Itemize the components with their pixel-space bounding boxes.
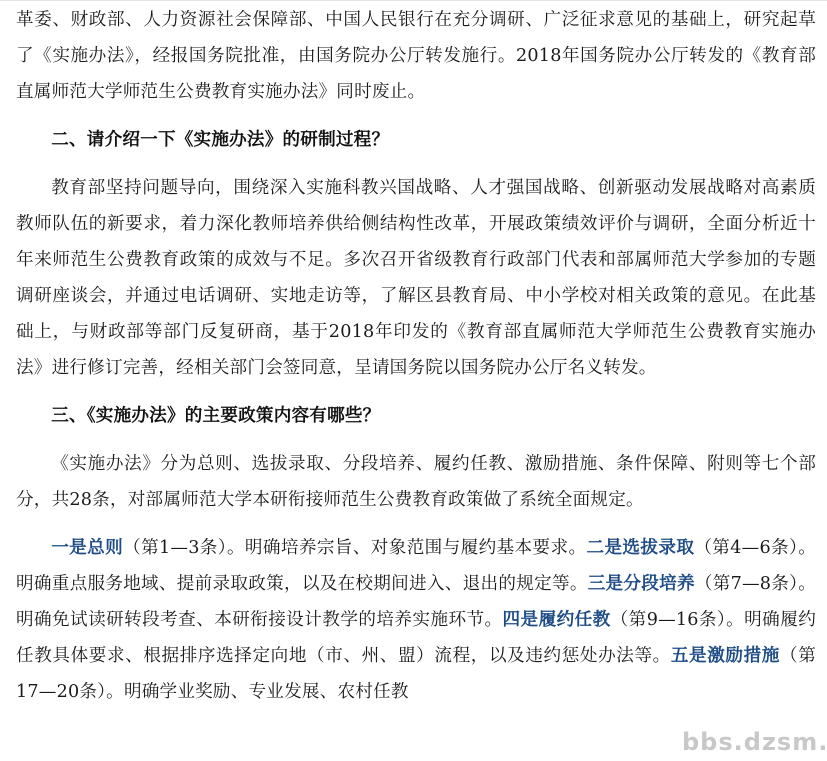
site-watermark: bbs.dzsm.com xyxy=(682,727,824,757)
policy-item-text: （第1—3条）。明确培养宗旨、对象范围与履约基本要求。 xyxy=(123,538,586,558)
paragraph-approval: 革委、财政部、人力资源社会保障部、中国人民银行在充分调研、广泛征求意见的基础上，… xyxy=(16,2,816,110)
top-divider xyxy=(0,0,827,1)
paragraph-structure-overview: 《实施办法》分为总则、选拔录取、分段培养、履约任教、激励措施、条件保障、附则等七… xyxy=(16,446,816,518)
section-heading-2: 二、请介绍一下《实施办法》的研制过程？ xyxy=(16,122,816,158)
article-body: 革委、财政部、人力资源社会保障部、中国人民银行在充分调研、广泛征求意见的基础上，… xyxy=(16,2,816,722)
policy-item-label: 二是选拔录取 xyxy=(586,537,694,558)
policy-item-label: 五是激励措施 xyxy=(671,645,780,666)
policy-item-label: 四是履约任教 xyxy=(503,609,611,630)
paragraph-drafting-process: 教育部坚持问题导向，围绕深入实施科教兴国战略、人才强国战略、创新驱动发展战略对高… xyxy=(16,170,816,386)
policy-item-label: 三是分段培养 xyxy=(588,573,695,594)
section-heading-3: 三、《实施办法》的主要政策内容有哪些？ xyxy=(16,398,816,434)
policy-item-label: 一是总则 xyxy=(51,537,123,558)
paragraph-policy-items: 一是总则（第1—3条）。明确培养宗旨、对象范围与履约基本要求。二是选拔录取（第4… xyxy=(16,530,816,710)
